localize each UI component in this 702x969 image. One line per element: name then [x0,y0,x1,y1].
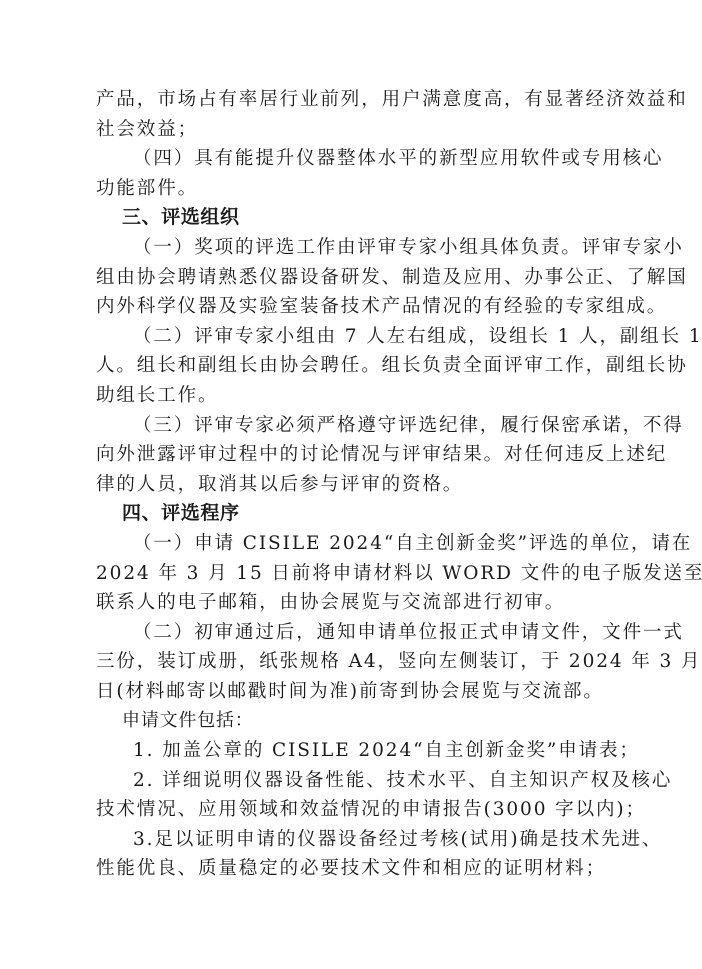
paragraph-line: 人。组长和副组长由协会聘任。组长负责全面评审工作，副组长协 [96,351,608,381]
paragraph-line: 三份，装订成册，纸张规格 A4，竖向左侧装订，于 2024 年 3 月 30 [96,647,608,677]
paragraph-line: 产品，市场占有率居行业前列，用户满意度高，有显著经济效益和 [96,85,608,115]
list-intro-label: 申请文件包括： [96,706,608,736]
section-heading: 三、评选组织 [96,203,608,233]
paragraph-line: （一）奖项的评选工作由评审专家小组具体负责。评审专家小 [96,233,608,263]
paragraph-line: （一）申请 CISILE 2024“自主创新金奖”评选的单位，请在 [96,529,608,559]
list-item-continuation: 性能优良、质量稳定的必要技术文件和相应的证明材料； [96,854,608,884]
paragraph-line: （二）评审专家小组由 7 人左右组成，设组长 1 人，副组长 1 [96,322,608,352]
paragraph-line: 组由协会聘请熟悉仪器设备研发、制造及应用、办事公正、了解国 [96,263,608,293]
paragraph-line: 社会效益； [96,115,608,145]
list-item: 2. 详细说明仪器设备性能、技术水平、自主知识产权及核心 [96,766,608,796]
paragraph-line: 联系人的电子邮箱，由协会展览与交流部进行初审。 [96,588,608,618]
list-item: 1. 加盖公章的 CISILE 2024“自主创新金奖”申请表； [96,736,608,766]
paragraph-line: 助组长工作。 [96,381,608,411]
paragraph-line: 2024 年 3 月 15 日前将申请材料以 WORD 文件的电子版发送至协会 [96,559,608,589]
list-item: 3.足以证明申请的仪器设备经过考核(试用)确是技术先进、 [96,825,608,855]
list-item-continuation: 技术情况、应用领域和效益情况的申请报告(3000 字以内)； [96,795,608,825]
paragraph-line: （四）具有能提升仪器整体水平的新型应用软件或专用核心 [96,144,608,174]
paragraph-line: 日(材料邮寄以邮戳时间为准)前寄到协会展览与交流部。 [96,677,608,707]
document-page: 产品，市场占有率居行业前列，用户满意度高，有显著经济效益和 社会效益； （四）具… [96,85,608,884]
paragraph-line: 向外泄露评审过程中的讨论情况与评审结果。对任何违反上述纪 [96,440,608,470]
section-heading: 四、评选程序 [96,499,608,529]
paragraph-line: 内外科学仪器及实验室装备技术产品情况的有经验的专家组成。 [96,292,608,322]
paragraph-line: 律的人员，取消其以后参与评审的资格。 [96,470,608,500]
paragraph-line: 功能部件。 [96,174,608,204]
paragraph-line: （二）初审通过后，通知申请单位报正式申请文件，文件一式 [96,618,608,648]
paragraph-line: （三）评审专家必须严格遵守评选纪律，履行保密承诺，不得 [96,411,608,441]
